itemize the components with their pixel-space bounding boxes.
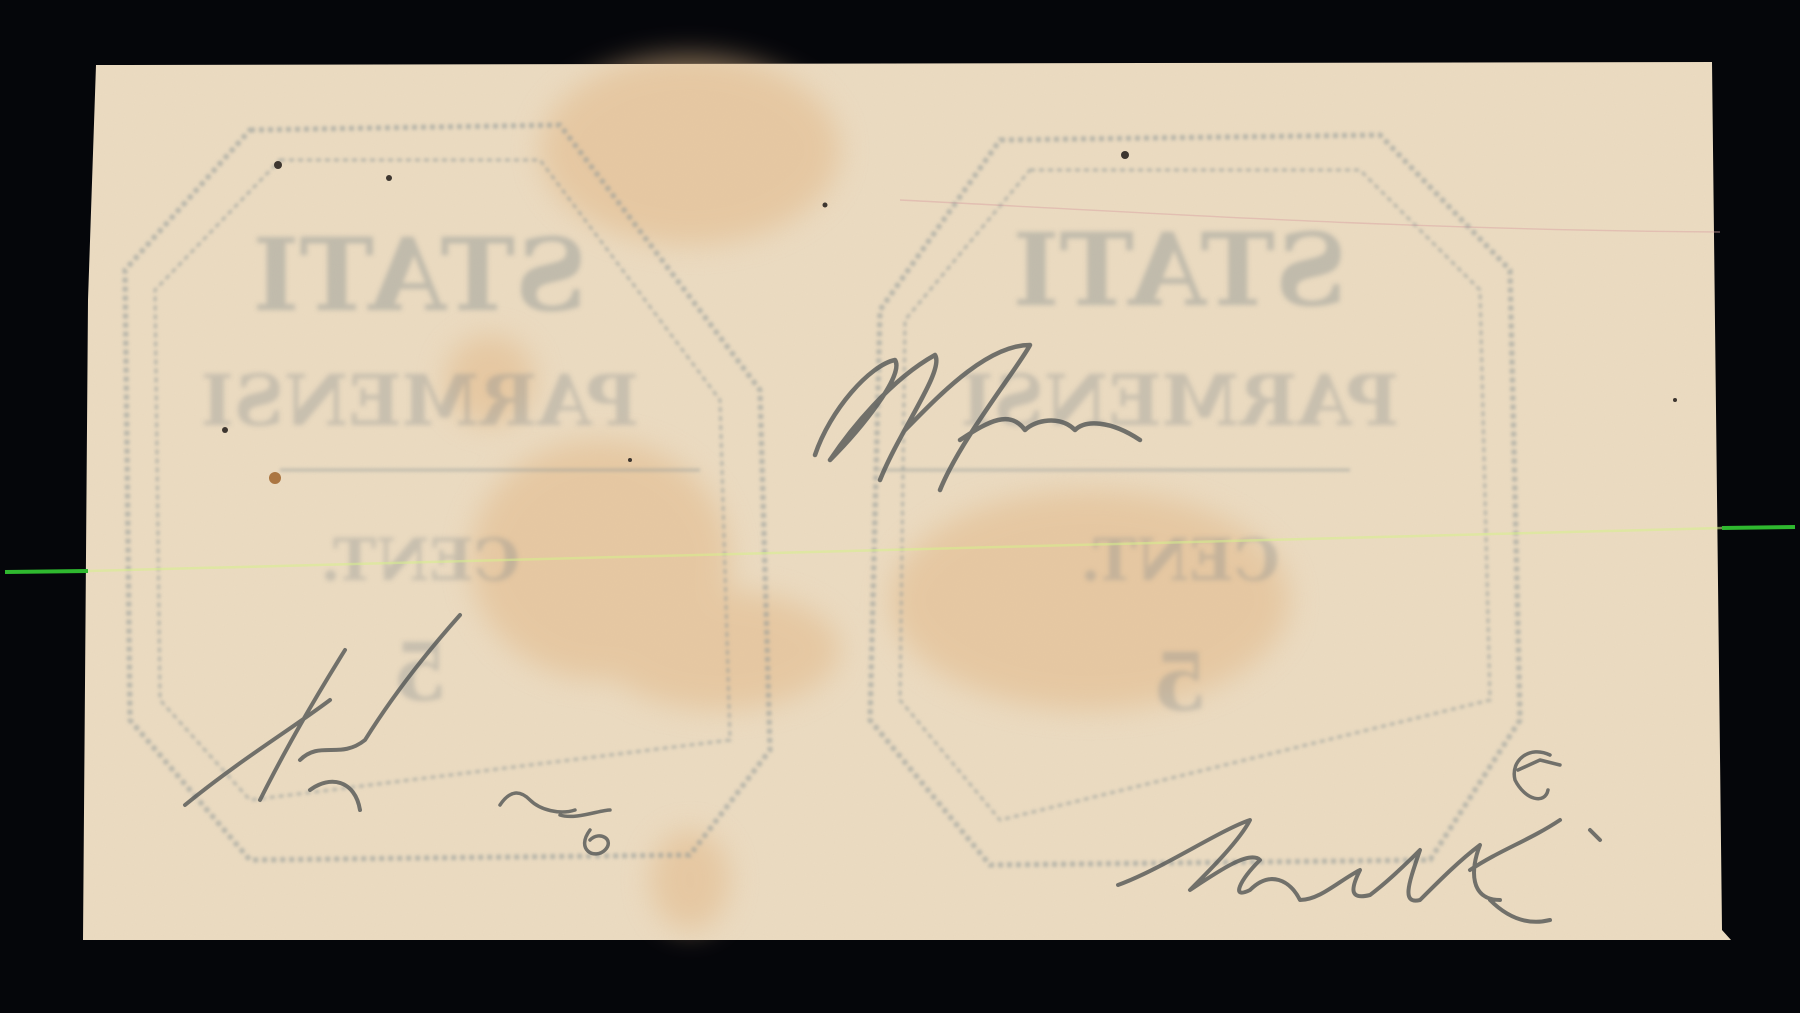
rust-speck <box>269 472 281 484</box>
left-stamp-line-2: PARMENSI <box>201 359 639 442</box>
right-stamp-line-1: STATI <box>1013 211 1347 329</box>
paper <box>83 62 1731 940</box>
left-stamp-line-1: STATI <box>253 216 587 334</box>
stamp-photo: STATI PARMENSI CENT. 5 STATI PARMENSI CE… <box>0 0 1800 1013</box>
right-stamp-line-3: CENT. <box>1080 526 1279 594</box>
right-stamp-line-4: 5 <box>1152 635 1208 729</box>
